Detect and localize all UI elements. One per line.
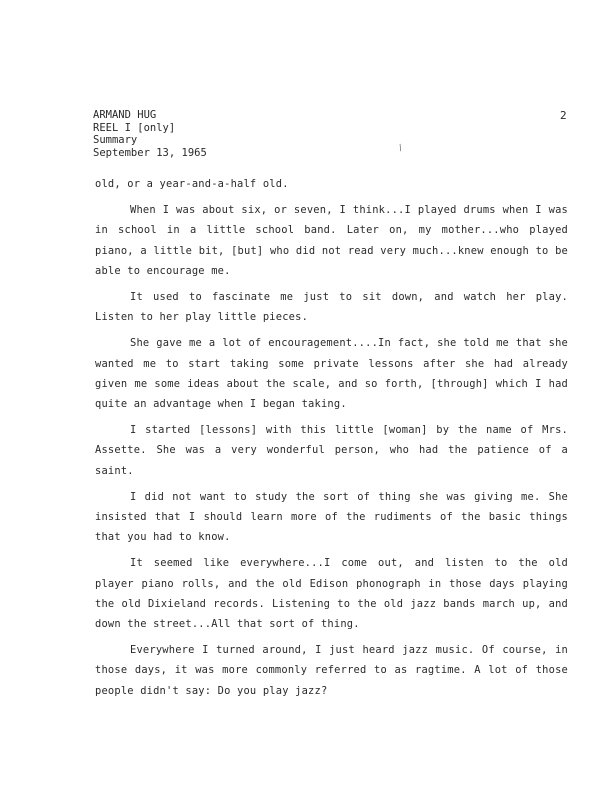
stray-mark: / xyxy=(396,142,405,152)
paragraph: Everywhere I turned around, I just heard… xyxy=(95,640,568,701)
paragraph: I did not want to study the sort of thin… xyxy=(95,487,568,548)
paragraph: old, or a year-and-a-half old. xyxy=(95,174,568,194)
header-reel: REEL I [only] xyxy=(93,122,207,135)
header-interviewee: ARMAND HUG xyxy=(93,109,207,122)
document-page: ARMAND HUG REEL I [only] Summary Septemb… xyxy=(0,0,612,792)
paragraph: I started [lessons] with this little [wo… xyxy=(95,420,568,481)
document-body: old, or a year-and-a-half old. When I wa… xyxy=(95,174,568,707)
paragraph: When I was about six, or seven, I think.… xyxy=(95,200,568,281)
document-header: ARMAND HUG REEL I [only] Summary Septemb… xyxy=(93,109,207,159)
paragraph: She gave me a lot of encouragement....In… xyxy=(95,333,568,414)
page-number: 2 xyxy=(560,109,567,122)
header-date: September 13, 1965 xyxy=(93,147,207,160)
paragraph: It used to fascinate me just to sit down… xyxy=(95,287,568,327)
header-type: Summary xyxy=(93,134,207,147)
paragraph: It seemed like everywhere...I come out, … xyxy=(95,553,568,634)
